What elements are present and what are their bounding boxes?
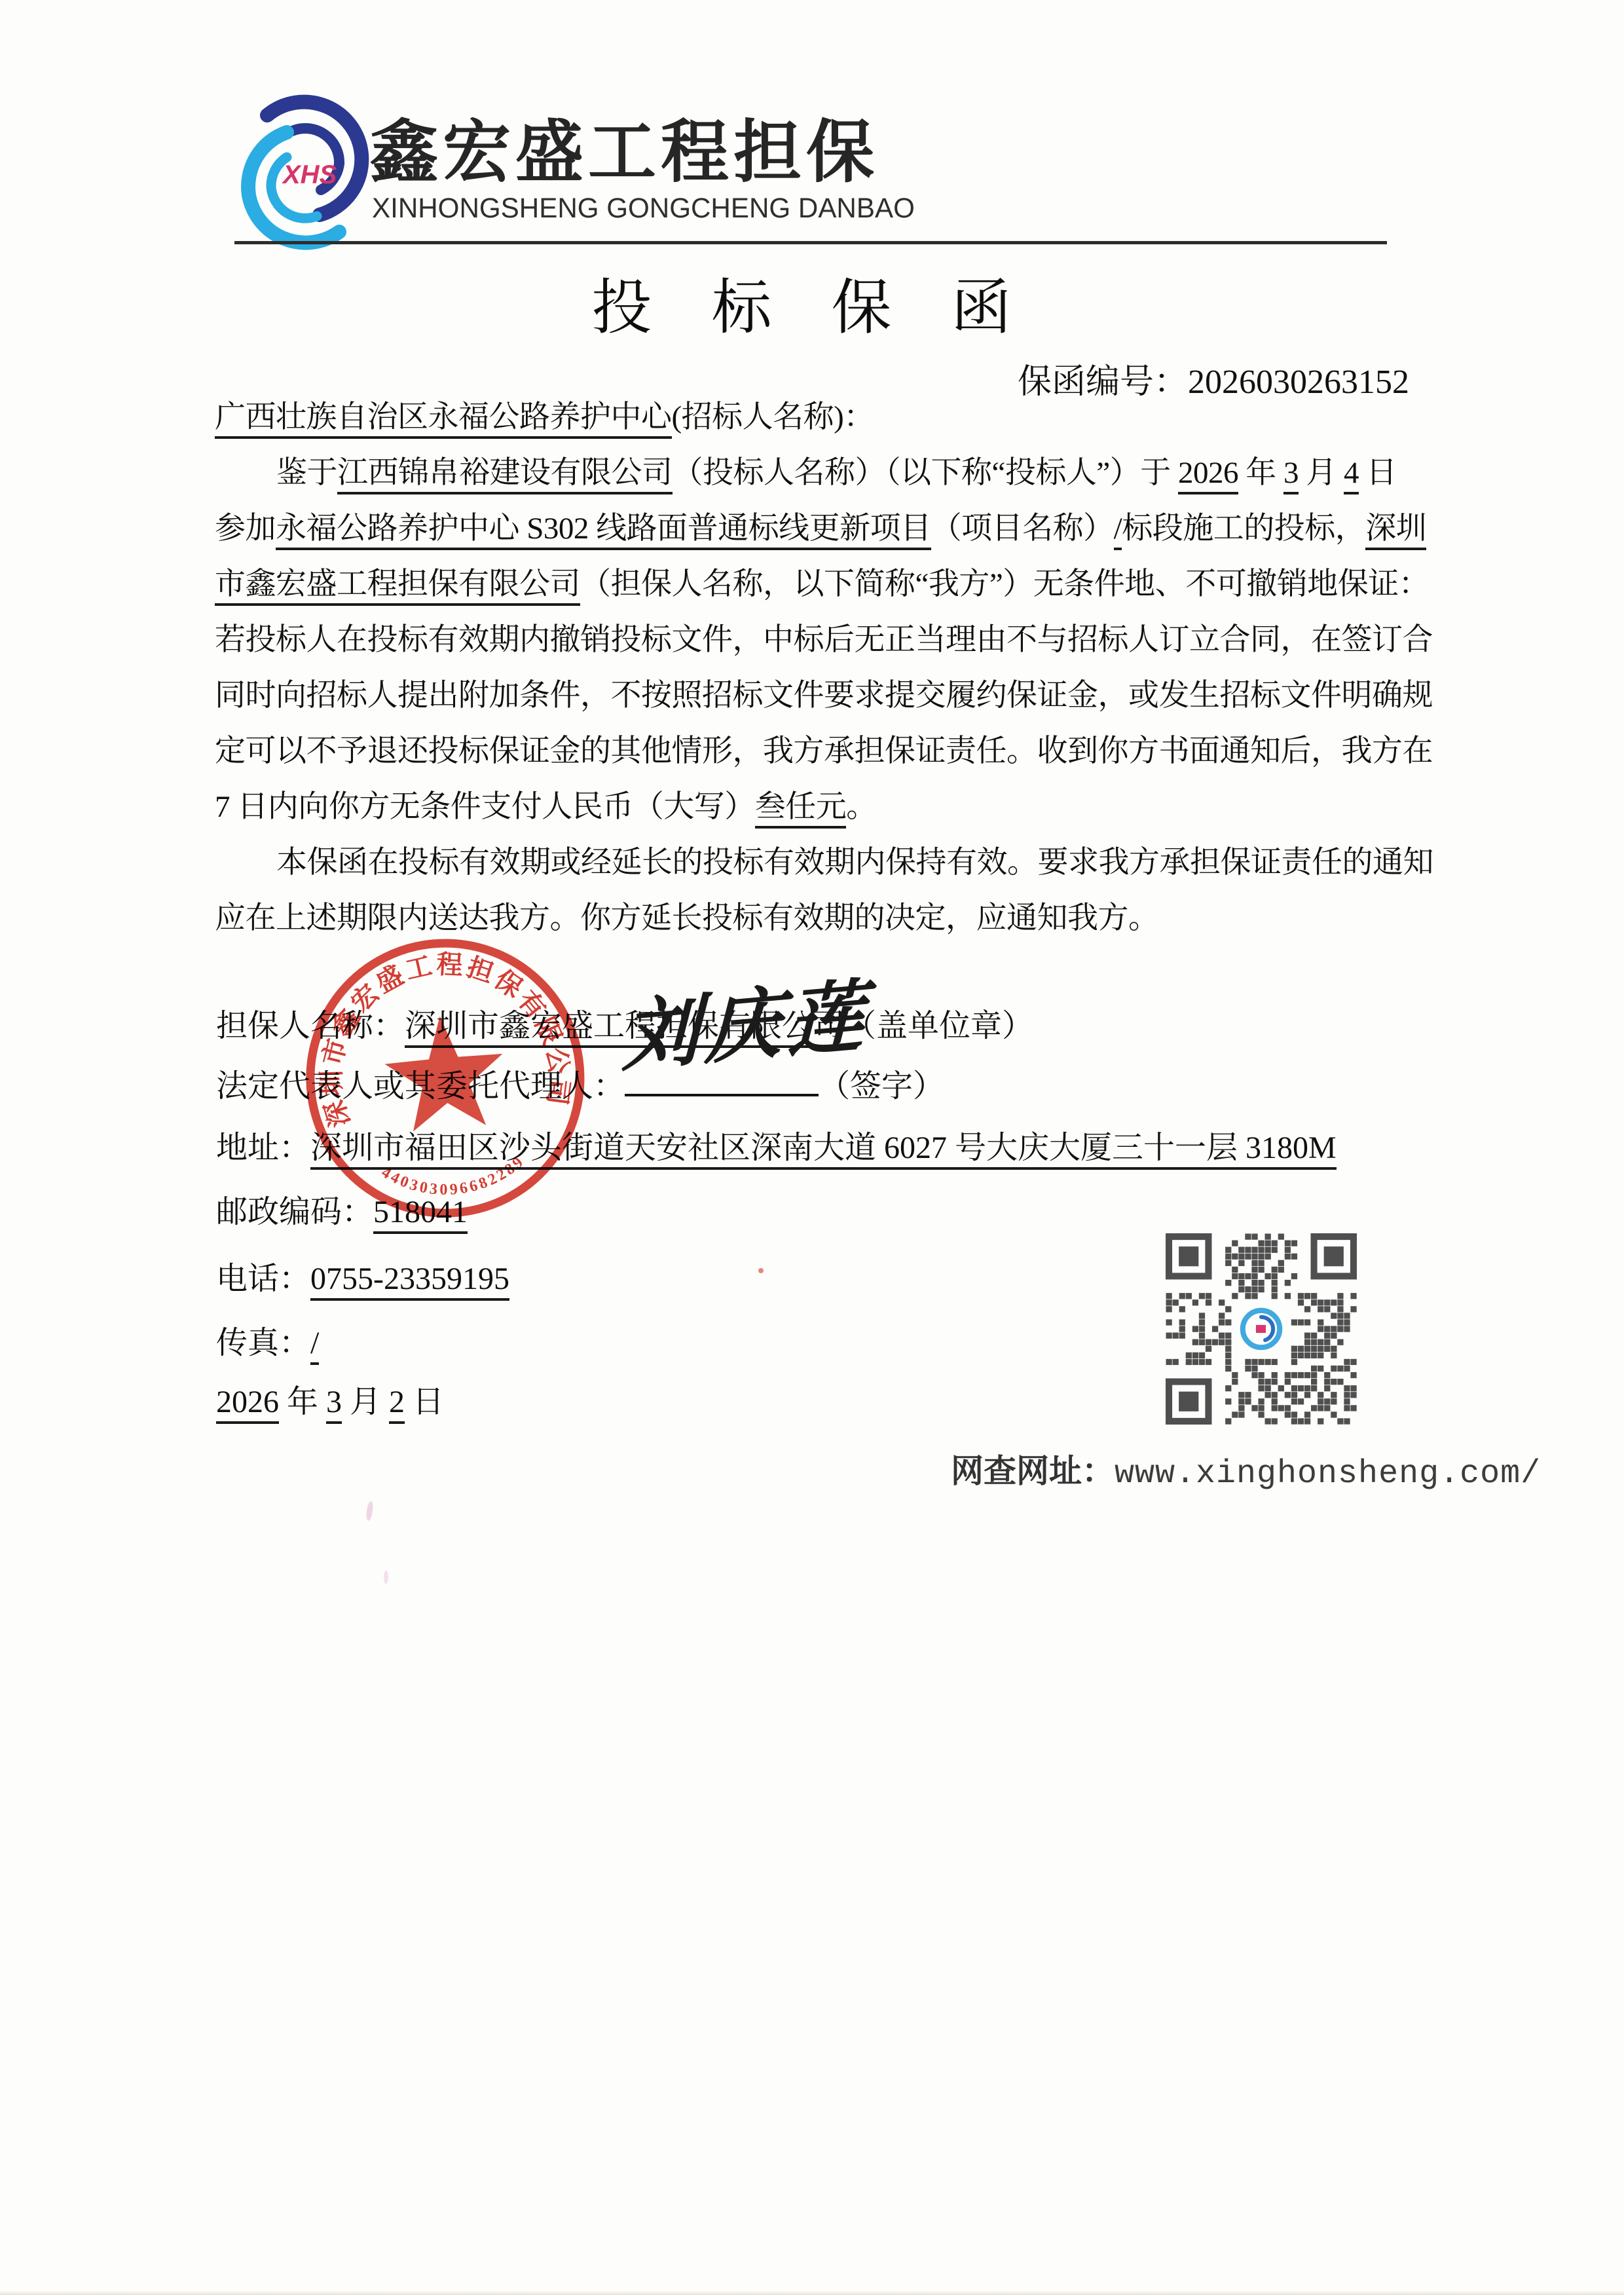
date-year: 2026 xyxy=(216,1385,279,1424)
guarantor-seal-note: （盖单位章） xyxy=(845,1009,1033,1043)
seal-star xyxy=(381,1011,509,1134)
guarantor-prefix: 深圳 xyxy=(1365,512,1426,550)
body-line: 定可以不予退还投标保证金的其他情形，我方承担保证责任。收到你方书面通知后，我方在 xyxy=(215,724,1414,779)
verification-qr-code xyxy=(1166,1233,1357,1425)
bid-day: 4 xyxy=(1344,456,1359,494)
address-label: 地址： xyxy=(216,1130,310,1165)
logo-monogram: XHS xyxy=(282,160,337,189)
scan-speck xyxy=(384,1571,388,1584)
qr-caption: 网查网址：www.xinghonsheng.com/ xyxy=(951,1445,1541,1493)
guarantee-amount: 叁任元 xyxy=(755,790,847,829)
body-line: 参加永福公路养护中心 S302 线路面普通标线更新项目（项目名称）/标段施工的投… xyxy=(215,501,1414,557)
text-seg: （投标人名称）（以下称“投标人”）于 xyxy=(673,456,1178,490)
signature-line: 刘庆莲 xyxy=(625,1058,819,1096)
scan-speck xyxy=(365,1501,374,1521)
guarantor-name-cont: 市鑫宏盛工程担保有限公司 xyxy=(215,567,580,606)
body-line: 本保函在投标有效期或经延长的投标有效期内保持有效。要求我方承担保证责任的通知 xyxy=(215,835,1414,891)
text-seg: 日 xyxy=(405,1385,444,1419)
text-seg: 标段施工的投标， xyxy=(1122,512,1365,546)
company-name-cn: 鑫宏盛工程担保 xyxy=(370,97,879,195)
phone-label: 电话： xyxy=(216,1261,310,1296)
text-seg: 月 xyxy=(1299,456,1344,490)
scanned-bid-guarantee-letter: XHS 鑫宏盛工程担保 XINHONGSHENG GONGCHENG DANBA… xyxy=(0,0,1624,2295)
text-seg: 。 xyxy=(846,790,877,824)
bid-year: 2026 xyxy=(1178,456,1238,494)
scan-speck xyxy=(758,1268,764,1273)
addressee-suffix: (招标人名称)： xyxy=(672,400,874,434)
body-line: 鉴于江西锦帛裕建设有限公司（投标人名称）（以下称“投标人”）于 2026 年 3… xyxy=(215,445,1414,501)
text-seg: （项目名称） xyxy=(931,512,1114,546)
qr-caption-label: 网查网址： xyxy=(951,1453,1115,1489)
body-line: 市鑫宏盛工程担保有限公司（担保人名称，以下简称“我方”）无条件地、不可撤销地保证… xyxy=(215,557,1414,612)
letter-body: 广西壮族自治区永福公路养护中心(招标人名称)： 鉴于江西锦帛裕建设有限公司（投标… xyxy=(215,390,1414,946)
signature-suffix: （签字） xyxy=(819,1069,944,1104)
document-title: 投 标 保 函 xyxy=(216,259,1409,346)
body-line: 同时向招标人提出附加条件，不按照招标文件要求提交履约保证金，或发生招标文件明确规 xyxy=(215,668,1414,724)
phone-value: 0755-23359195 xyxy=(310,1261,509,1301)
fax-label: 传真： xyxy=(216,1326,310,1360)
text-seg: 若投标人在投标有效期内撤销投标文件，中标后无正当理由不与招标人订立合同，在签订合 xyxy=(215,623,1433,657)
project-name: 永福公路养护中心 S302 线路面普通标线更新项目 xyxy=(276,512,931,550)
scan-bottom-edge xyxy=(0,2290,1624,2295)
text-seg: 参加 xyxy=(215,512,276,546)
text-seg: 7 日内向你方无条件支付人民币（大写） xyxy=(215,790,755,824)
company-logo-emblem: XHS xyxy=(241,90,369,255)
body-line: 7 日内向你方无条件支付人民币（大写）叁任元。 xyxy=(215,779,1414,835)
phone-row: 电话：0755-23359195 xyxy=(216,1259,509,1299)
text-seg: 鉴于 xyxy=(276,456,337,490)
text-seg: 本保函在投标有效期或经延长的投标有效期内保持有效。要求我方承担保证责任的通知 xyxy=(276,846,1433,880)
company-seal-stamp: 深圳市鑫宏盛工程担保有限公司 440303096682289 xyxy=(291,924,600,1233)
date-day: 2 xyxy=(389,1385,405,1424)
addressee-name: 广西壮族自治区永福公路养护中心 xyxy=(215,400,672,439)
qr-center-logo xyxy=(1236,1304,1287,1354)
body-line: 广西壮族自治区永福公路养护中心(招标人名称)： xyxy=(215,390,1414,445)
text-seg: 应在上述期限内送达我方。你方延长投标有效期的决定，应通知我方。 xyxy=(215,901,1159,935)
company-name-en: XINHONGSHENG GONGCHENG DANBAO xyxy=(372,193,915,225)
body-line: 若投标人在投标有效期内撤销投标文件，中标后无正当理由不与招标人订立合同，在签订合 xyxy=(215,612,1414,668)
text-seg: 日 xyxy=(1359,456,1397,490)
handwritten-signature: 刘庆莲 xyxy=(622,996,870,1058)
date-row: 2026 年 3 月 2 日 xyxy=(216,1382,444,1423)
section-slash: / xyxy=(1114,512,1122,550)
text-seg: 定可以不予退还投标保证金的其他情形，我方承担保证责任。收到你方书面通知后，我方在 xyxy=(215,734,1433,768)
verification-url: www.xinghonsheng.com/ xyxy=(1115,1455,1541,1493)
text-seg: 年 xyxy=(1238,456,1283,490)
date-month: 3 xyxy=(326,1385,342,1424)
text-seg: 同时向招标人提出附加条件，不按照招标文件要求提交履约保证金，或发生招标文件明确规 xyxy=(215,679,1433,713)
bid-month: 3 xyxy=(1283,456,1299,494)
text-seg: 年 xyxy=(279,1385,326,1419)
body-line: 应在上述期限内送达我方。你方延长投标有效期的决定，应通知我方。 xyxy=(215,891,1414,946)
header-divider xyxy=(234,241,1387,244)
text-seg: （担保人名称，以下简称“我方”）无条件地、不可撤销地保证： xyxy=(580,567,1429,601)
fax-row: 传真：/ xyxy=(216,1323,319,1364)
text-seg: 月 xyxy=(342,1385,389,1419)
bidder-name: 江西锦帛裕建设有限公司 xyxy=(337,456,673,494)
fax-value: / xyxy=(310,1326,319,1365)
